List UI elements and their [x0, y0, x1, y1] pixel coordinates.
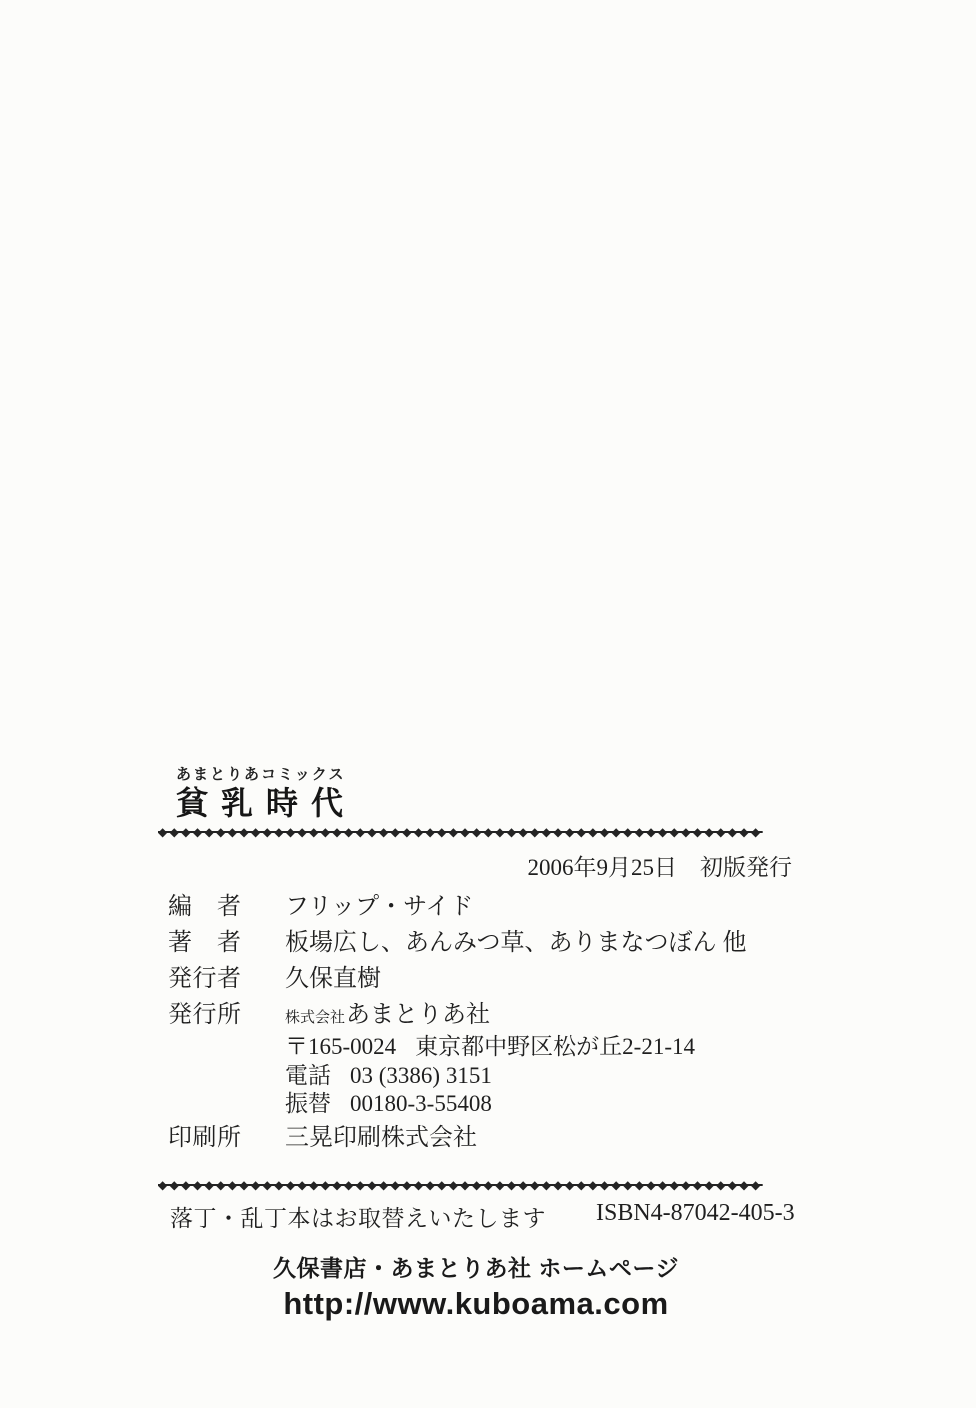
series-label: あまとりあコミックス — [176, 763, 346, 784]
transfer-label: 振替 — [285, 1085, 331, 1118]
homepage-url: http://www.kuboama.com — [138, 1286, 814, 1322]
credit-label: 著 者 — [168, 922, 285, 957]
credit-row-printer: 印刷所 三晃印刷株式会社 — [168, 1117, 477, 1152]
credit-row-editor: 編 者 フリップ・サイド — [168, 886, 473, 921]
book-title: 貧乳時代 — [176, 786, 356, 821]
divider-bottom: ◆◆◆◆◆◆◆◆◆◆◆◆◆◆◆◆◆◆◆◆◆◆◆◆◆◆◆◆◆◆◆◆◆◆◆◆◆◆◆◆… — [158, 1179, 838, 1193]
edition-date: 2006年9月25日 初版発行 — [528, 849, 793, 882]
credit-value: 三晃印刷株式会社 — [285, 1117, 477, 1152]
isbn-number: ISBN4-87042-405-3 — [596, 1200, 795, 1227]
credit-row-publisher-person: 発行者 久保直樹 — [168, 958, 381, 993]
colophon-page: あまとりあコミックス 貧乳時代 ◆◆◆◆◆◆◆◆◆◆◆◆◆◆◆◆◆◆◆◆◆◆◆◆… — [0, 0, 976, 1408]
credit-value: 板場広し、あんみつ草、ありまなつぼん 他 — [285, 922, 747, 957]
credit-value: フリップ・サイド — [285, 886, 473, 921]
replacement-notice: 落丁・乱丁本はお取替えいたします — [170, 1200, 546, 1233]
credit-row-publishing-house: 発行所 株式会社あまとりあ社 — [168, 994, 490, 1029]
credit-label: 印刷所 — [168, 1117, 285, 1152]
postal-transfer-line: 振替 00180-3-55408 — [285, 1085, 492, 1118]
transfer-number: 00180-3-55408 — [350, 1091, 492, 1117]
homepage-label: 久保書店・あまとりあ社 ホームページ — [138, 1250, 814, 1283]
divider-top: ◆◆◆◆◆◆◆◆◆◆◆◆◆◆◆◆◆◆◆◆◆◆◆◆◆◆◆◆◆◆◆◆◆◆◆◆◆◆◆◆… — [158, 826, 838, 840]
credit-value: 株式会社あまとりあ社 — [285, 994, 490, 1029]
company-type-prefix: 株式会社 — [285, 1010, 345, 1026]
credit-label: 発行者 — [168, 958, 285, 993]
credit-label: 編 者 — [168, 886, 285, 921]
company-name: あまとりあ社 — [346, 1002, 490, 1028]
homepage-block: 久保書店・あまとりあ社 ホームページ http://www.kuboama.co… — [138, 1250, 814, 1322]
credit-label: 発行所 — [168, 994, 285, 1029]
credit-row-authors: 著 者 板場広し、あんみつ草、ありまなつぼん 他 — [168, 922, 747, 957]
credit-value: 久保直樹 — [285, 958, 381, 993]
